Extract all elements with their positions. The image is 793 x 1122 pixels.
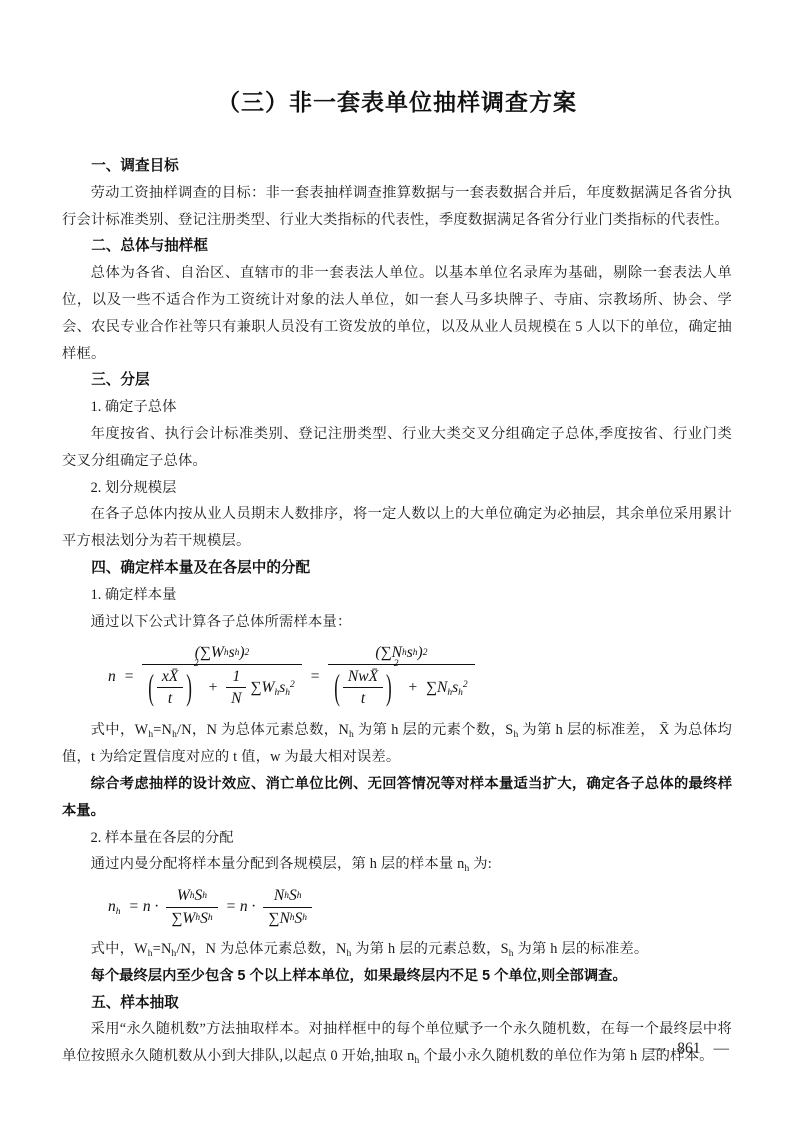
section-heading-5: 五、样本抽取 [62, 990, 732, 1017]
paragraph-population-frame: 总体为各省、自治区、直辖市的非一套表法人单位。以基本单位名录库为基础，剔除一套表… [62, 260, 732, 367]
section-heading-2: 二、总体与抽样框 [62, 233, 732, 260]
formula-lhs: nh [108, 897, 121, 916]
allocation-formula: nh = n · WhSh ∑WhSh = n · NhSh ∑NhSh [106, 885, 732, 929]
fraction-numerator: (∑Whsh)2 [142, 642, 302, 663]
left-paren: ( [334, 665, 340, 710]
inner-fraction: NwX̄ t [343, 666, 383, 710]
footer-dash-left: — [649, 1040, 665, 1058]
equals-sign: = [124, 667, 134, 686]
equals-sign: = n · [226, 897, 256, 916]
paragraph-formula-notation: 式中，Wh=Nh/N，N 为总体元素总数，Nh 为第 h 层的元素个数，Sh 为… [62, 717, 732, 771]
sum-term: ∑Nhsh2 [426, 678, 468, 697]
section-heading-4: 四、确定样本量及在各层中的分配 [62, 555, 732, 582]
inner-fraction: 1 N [226, 666, 246, 710]
paragraph-allocation-notation: 式中，Wh=Nh/N，N 为总体元素总数，Nh 为第 h 层的元素总数，Sh 为… [62, 936, 732, 963]
fraction: NhSh ∑NhSh [263, 885, 312, 929]
fraction: (∑Whsh)2 ( xX̄ t ) 2 + 1 N ∑Whsh2 [142, 642, 302, 710]
section-heading-3: 三、分层 [62, 367, 732, 394]
sum-term: ∑Whsh2 [250, 678, 294, 697]
subsection-3-2: 2. 划分规模层 [62, 475, 732, 502]
paragraph-final-sample-size: 综合考虑抽样的设计效应、消亡单位比例、无回答情况等对样本量适当扩大，确定各子总体… [62, 771, 732, 825]
paragraph-formula-intro: 通过以下公式计算各子总体所需样本量： [62, 609, 732, 636]
fraction-denominator: ( NwX̄ t ) 2 + ∑Nhsh2 [328, 664, 474, 711]
equals-sign: = [310, 667, 320, 686]
plus-sign: + [208, 678, 218, 697]
fraction-numerator: NhSh [263, 885, 312, 906]
subsection-3-1: 1. 确定子总体 [62, 394, 732, 421]
plus-sign: + [407, 678, 417, 697]
sample-size-formula: n = (∑Whsh)2 ( xX̄ t ) 2 + 1 N [106, 642, 732, 710]
fraction-denominator: ∑WhSh [166, 907, 217, 929]
page-title: （三）非一套表单位抽样调查方案 [62, 84, 732, 117]
subsection-4-1: 1. 确定样本量 [62, 582, 732, 609]
fraction: (∑Nhsh)2 ( NwX̄ t ) 2 + ∑Nhsh2 [328, 642, 474, 710]
paragraph-minimum-units: 每个最终层内至少包含 5 个以上样本单位，如果最终层内不足 5 个单位,则全部调… [62, 963, 732, 990]
paragraph-sample-selection: 采用“永久随机数”方法抽取样本。对抽样框中的每个单位赋予一个永久随机数，在每一个… [62, 1016, 732, 1070]
formula-lhs: n [108, 667, 116, 686]
fraction-numerator: (∑Nhsh)2 [328, 642, 474, 663]
fraction: WhSh ∑WhSh [166, 885, 217, 929]
page-number: 861 [677, 1040, 700, 1058]
paragraph-subpopulation: 年度按省、执行会计标准类别、登记注册类型、行业大类交叉分组确定子总体,季度按省、… [62, 421, 732, 475]
subsection-4-2: 2. 样本量在各层的分配 [62, 825, 732, 852]
section-heading-1: 一、调查目标 [62, 153, 732, 180]
equals-sign: = n · [129, 897, 159, 916]
footer-dash-right: — [714, 1040, 730, 1058]
page-footer: — 861 — [649, 1040, 729, 1058]
right-paren: ) [386, 665, 392, 710]
inner-fraction: xX̄ t [157, 666, 183, 710]
paragraph-survey-goal: 劳动工资抽样调查的目标：非一套表抽样调查推算数据与一套表数据合并后，年度数据满足… [62, 180, 732, 234]
document-body: （三）非一套表单位抽样调查方案 一、调查目标 劳动工资抽样调查的目标：非一套表抽… [62, 84, 732, 1070]
fraction-denominator: ∑NhSh [263, 907, 312, 929]
paragraph-neyman-allocation: 通过内曼分配将样本量分配到各规模层，第 h 层的样本量 nh 为: [62, 851, 732, 878]
document-page: （三）非一套表单位抽样调查方案 一、调查目标 劳动工资抽样调查的目标：非一套表抽… [0, 0, 793, 1122]
fraction-numerator: WhSh [166, 885, 217, 906]
paragraph-size-strata: 在各子总体内按从业人员期末人数排序，将一定人数以上的大单位确定为必抽层，其余单位… [62, 501, 732, 555]
right-paren: ) [186, 665, 192, 710]
left-paren: ( [148, 665, 154, 710]
fraction-denominator: ( xX̄ t ) 2 + 1 N ∑Whsh2 [142, 664, 302, 711]
